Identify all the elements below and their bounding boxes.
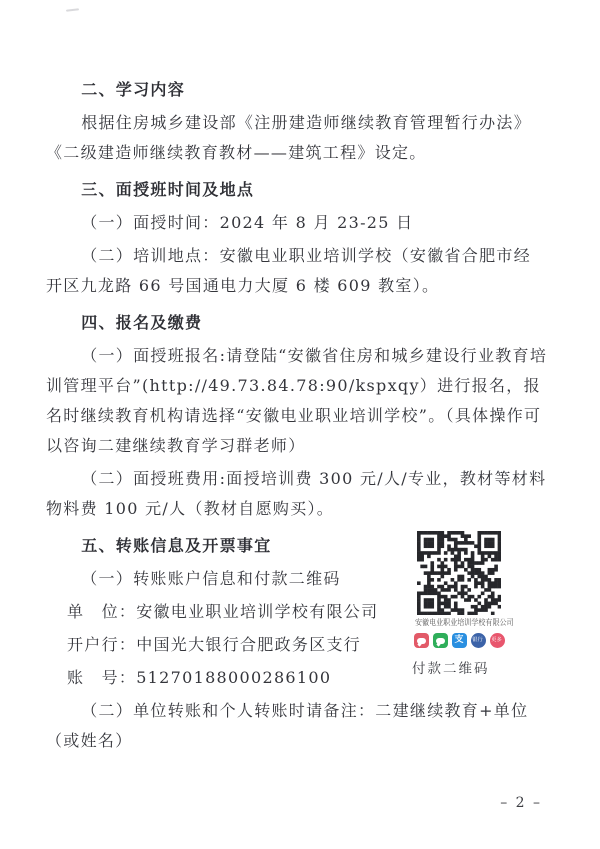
section-heading-study-content: 二、学习内容 [46,75,548,105]
paragraph-fees: （二）面授班费用:面授培训费 300 元/人/专业，教材等材料物料费 100 元… [46,464,548,524]
payment-methods-row: 支 银行 更多 [409,633,509,648]
more-payments-icon: 更多 [490,633,505,648]
qr-label: 付款二维码 [409,657,509,677]
payment-qr-block: 安徽电业职业培训学校有限公司 支 银行 更多 付款二维码 [409,531,509,677]
payment-qr-code [417,531,501,615]
wechat-pay-icon [433,633,448,648]
section-heading-registration: 四、报名及缴费 [46,308,548,338]
document-body: 二、学习内容 根据住房城乡建设部《注册建造师继续教育管理暂行办法》《二级建造师继… [0,0,600,756]
qr-caption: 安徽电业职业培训学校有限公司 [415,618,503,628]
paragraph-class-time: （一）面授时间：2024 年 8 月 23-25 日 [46,208,548,238]
section-heading-class-time: 三、面授班时间及地点 [46,175,548,205]
paragraph-transfer-remark: （二）单位转账和个人转账时请备注：二建继续教育+单位（或姓名） [46,696,548,756]
page-number: – 2 – [500,795,542,811]
paragraph-study-content: 根据住房城乡建设部《注册建造师继续教育管理暂行办法》《二级建造师继续教育教材——… [46,108,548,168]
red-chat-bubble-pay-icon [414,633,429,648]
scanned-document-page: 二、学习内容 根据住房城乡建设部《注册建造师继续教育管理暂行办法》《二级建造师继… [0,0,600,849]
paragraph-registration: （一）面授班报名:请登陆“安徽省住房和城乡建设行业教育培训管理平台”(http:… [46,341,548,461]
paragraph-class-location: （二）培训地点：安徽电业职业培训学校（安徽省合肥市经开区九龙路 66 号国通电力… [46,241,548,301]
alipay-icon: 支 [452,633,467,648]
bank-card-pay-icon: 银行 [471,633,486,648]
